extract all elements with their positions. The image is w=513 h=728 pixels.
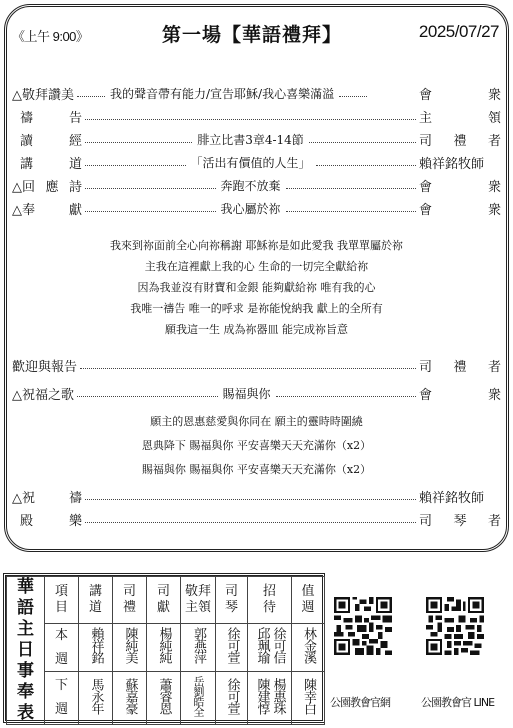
leader-dots — [77, 396, 218, 397]
program-label: 讀經 — [12, 130, 82, 149]
offering-lyrics: 我來到祢面前全心向祢稱謝 耶穌祢是如此愛我 我單單屬於祢 主我在這裡獻上我的心 … — [0, 235, 513, 340]
program-row-benediction: △祝禱 賴祥銘牧師 — [12, 486, 501, 506]
leader-dots — [286, 211, 417, 212]
lyric-line: 願主的恩惠慈愛與你同在 願主的靈時時圍繞 — [0, 410, 513, 434]
leader-dots — [339, 96, 367, 97]
leader-dots — [80, 368, 416, 369]
service-date: 2025/07/27 — [419, 22, 499, 42]
program-content: 我心屬於祢 — [219, 200, 283, 217]
row-label-this-week: 本週 — [45, 624, 79, 672]
program-label: 殿樂 — [12, 510, 82, 529]
header-item: 項目 — [45, 577, 79, 624]
program-leader: 會衆 — [419, 176, 501, 195]
program-leader: 賴祥銘牧師 — [419, 487, 501, 506]
program-content: 奔跑不放棄 — [219, 177, 283, 194]
row-label-next-week: 下週 — [45, 672, 79, 725]
program-label: △敬拜讚美 — [12, 84, 74, 103]
program-leader: 會衆 — [419, 384, 501, 403]
leader-dots — [85, 165, 186, 166]
program-row-worship: △敬拜讚美 我的聲音帶有能力/宣告耶穌/我心喜樂滿溢 會衆 — [12, 83, 501, 103]
program-content: 腓立比書3章4-14節 — [195, 131, 306, 148]
leader-dots — [85, 211, 216, 212]
program-row-blessing-song: △祝福之歌 賜福與你 會衆 — [12, 383, 501, 403]
leader-dots — [316, 165, 417, 166]
lyric-line: 我來到祢面前全心向祢稱謝 耶穌祢是如此愛我 我單單屬於祢 — [0, 235, 513, 256]
program-label: 禱告 — [12, 107, 82, 126]
leader-dots — [85, 188, 216, 189]
program-label: △祝禱 — [12, 487, 82, 506]
qr-code-line[interactable] — [426, 597, 484, 655]
qr-label-website: 公園教會官網 — [330, 694, 390, 710]
program-row-offering: △奉獻 我心屬於祢 會衆 — [12, 198, 501, 218]
lyric-line: 願我這一生 成為祢器皿 能完成祢旨意 — [0, 319, 513, 340]
header-pianist: 司琴 — [216, 577, 248, 624]
this-week-row: 本週 賴祥銘 陳純美 楊純純 郭燕萍 徐可萱 徐可信邱珮瑜 林金溪 — [7, 624, 325, 672]
program-row-response-hymn: △回應詩 奔跑不放棄 會衆 — [12, 175, 501, 195]
next-week-row: 下週 馬永年 蘇嘉豪 蕭睿恩 岳劉皓全 徐可萱 楊惠珠陳建惇 陳幸白 — [7, 672, 325, 725]
program-content: 我的聲音帶有能力/宣告耶穌/我心喜樂滿溢 — [108, 85, 336, 102]
leader-dots — [309, 142, 416, 143]
program-content: 賜福與你 — [221, 385, 273, 402]
blessing-lyrics: 願主的恩惠慈愛與你同在 願主的靈時時圍繞 恩典降下 賜福與你 平安喜樂天天充滿你… — [0, 410, 513, 482]
page-title: 第一場【華語禮拜】 — [162, 20, 342, 47]
program-leader: 司禮者 — [419, 356, 501, 375]
leader-dots — [85, 119, 416, 120]
leader-dots — [276, 396, 417, 397]
program-label: △奉獻 — [12, 199, 82, 218]
lyric-line: 賜福與你 賜福與你 平安喜樂天天充滿你（x2） — [0, 458, 513, 482]
header: 《上午 9:00》 第一場【華語禮拜】 2025/07/27 — [0, 20, 513, 50]
duty-roster-table: 華語主日事奉表 項目 講道 司禮 司獻 敬拜主領 司琴 招待 值週 本週 賴祥銘… — [3, 573, 325, 723]
lyric-line: 因為我並沒有財寶和金銀 能夠獻給祢 唯有我的心 — [0, 277, 513, 298]
program-label: △祝福之歌 — [12, 384, 74, 403]
qr-label-line: 公園教會官 LINE — [421, 694, 494, 710]
program-leader: 司禮者 — [419, 130, 501, 149]
leader-dots — [85, 499, 416, 500]
program-leader: 主領 — [419, 107, 501, 126]
program-row-announcements: 歡迎與報告 司禮者 — [12, 355, 501, 375]
leader-dots — [85, 522, 416, 523]
program-row-postlude: 殿樂 司琴者 — [12, 509, 501, 529]
program-leader: 賴祥銘牧師 — [419, 153, 501, 172]
service-time: 《上午 9:00》 — [12, 26, 88, 45]
header-liturgist: 司禮 — [113, 577, 147, 624]
program-leader: 司琴者 — [419, 510, 501, 529]
qr-code-website[interactable] — [334, 597, 392, 655]
program-leader: 會衆 — [419, 199, 501, 218]
leader-dots — [286, 188, 417, 189]
program-label: 講道 — [12, 153, 82, 172]
leader-dots — [85, 142, 192, 143]
header-ushers: 招待 — [248, 577, 292, 624]
lyric-line: 恩典降下 賜福與你 平安喜樂天天充滿你（x2） — [0, 434, 513, 458]
header-sermon: 講道 — [79, 577, 113, 624]
program-leader: 會衆 — [419, 84, 501, 103]
program-label: △回應詩 — [12, 176, 82, 195]
lyric-line: 我唯一禱告 唯一的呼求 是祢能悅納我 獻上的全所有 — [0, 298, 513, 319]
program-row-scripture: 讀經 腓立比書3章4-14節 司禮者 — [12, 129, 501, 149]
program-label: 歡迎與報告 — [12, 356, 77, 375]
leader-dots — [77, 96, 105, 97]
sermon-title: 「活出有價值的人生」 — [189, 154, 313, 171]
program-row-sermon: 講道 「活出有價值的人生」 賴祥銘牧師 — [12, 152, 501, 172]
duty-table-title: 華語主日事奉表 — [7, 577, 45, 725]
header-offering: 司獻 — [147, 577, 181, 624]
header-worship-leader: 敬拜主領 — [181, 577, 216, 624]
program-row-prayer: 禱告 主領 — [12, 106, 501, 126]
header-duty-week: 值週 — [292, 577, 325, 624]
lyric-line: 主我在這裡獻上我的心 生命的一切完全獻給祢 — [0, 256, 513, 277]
